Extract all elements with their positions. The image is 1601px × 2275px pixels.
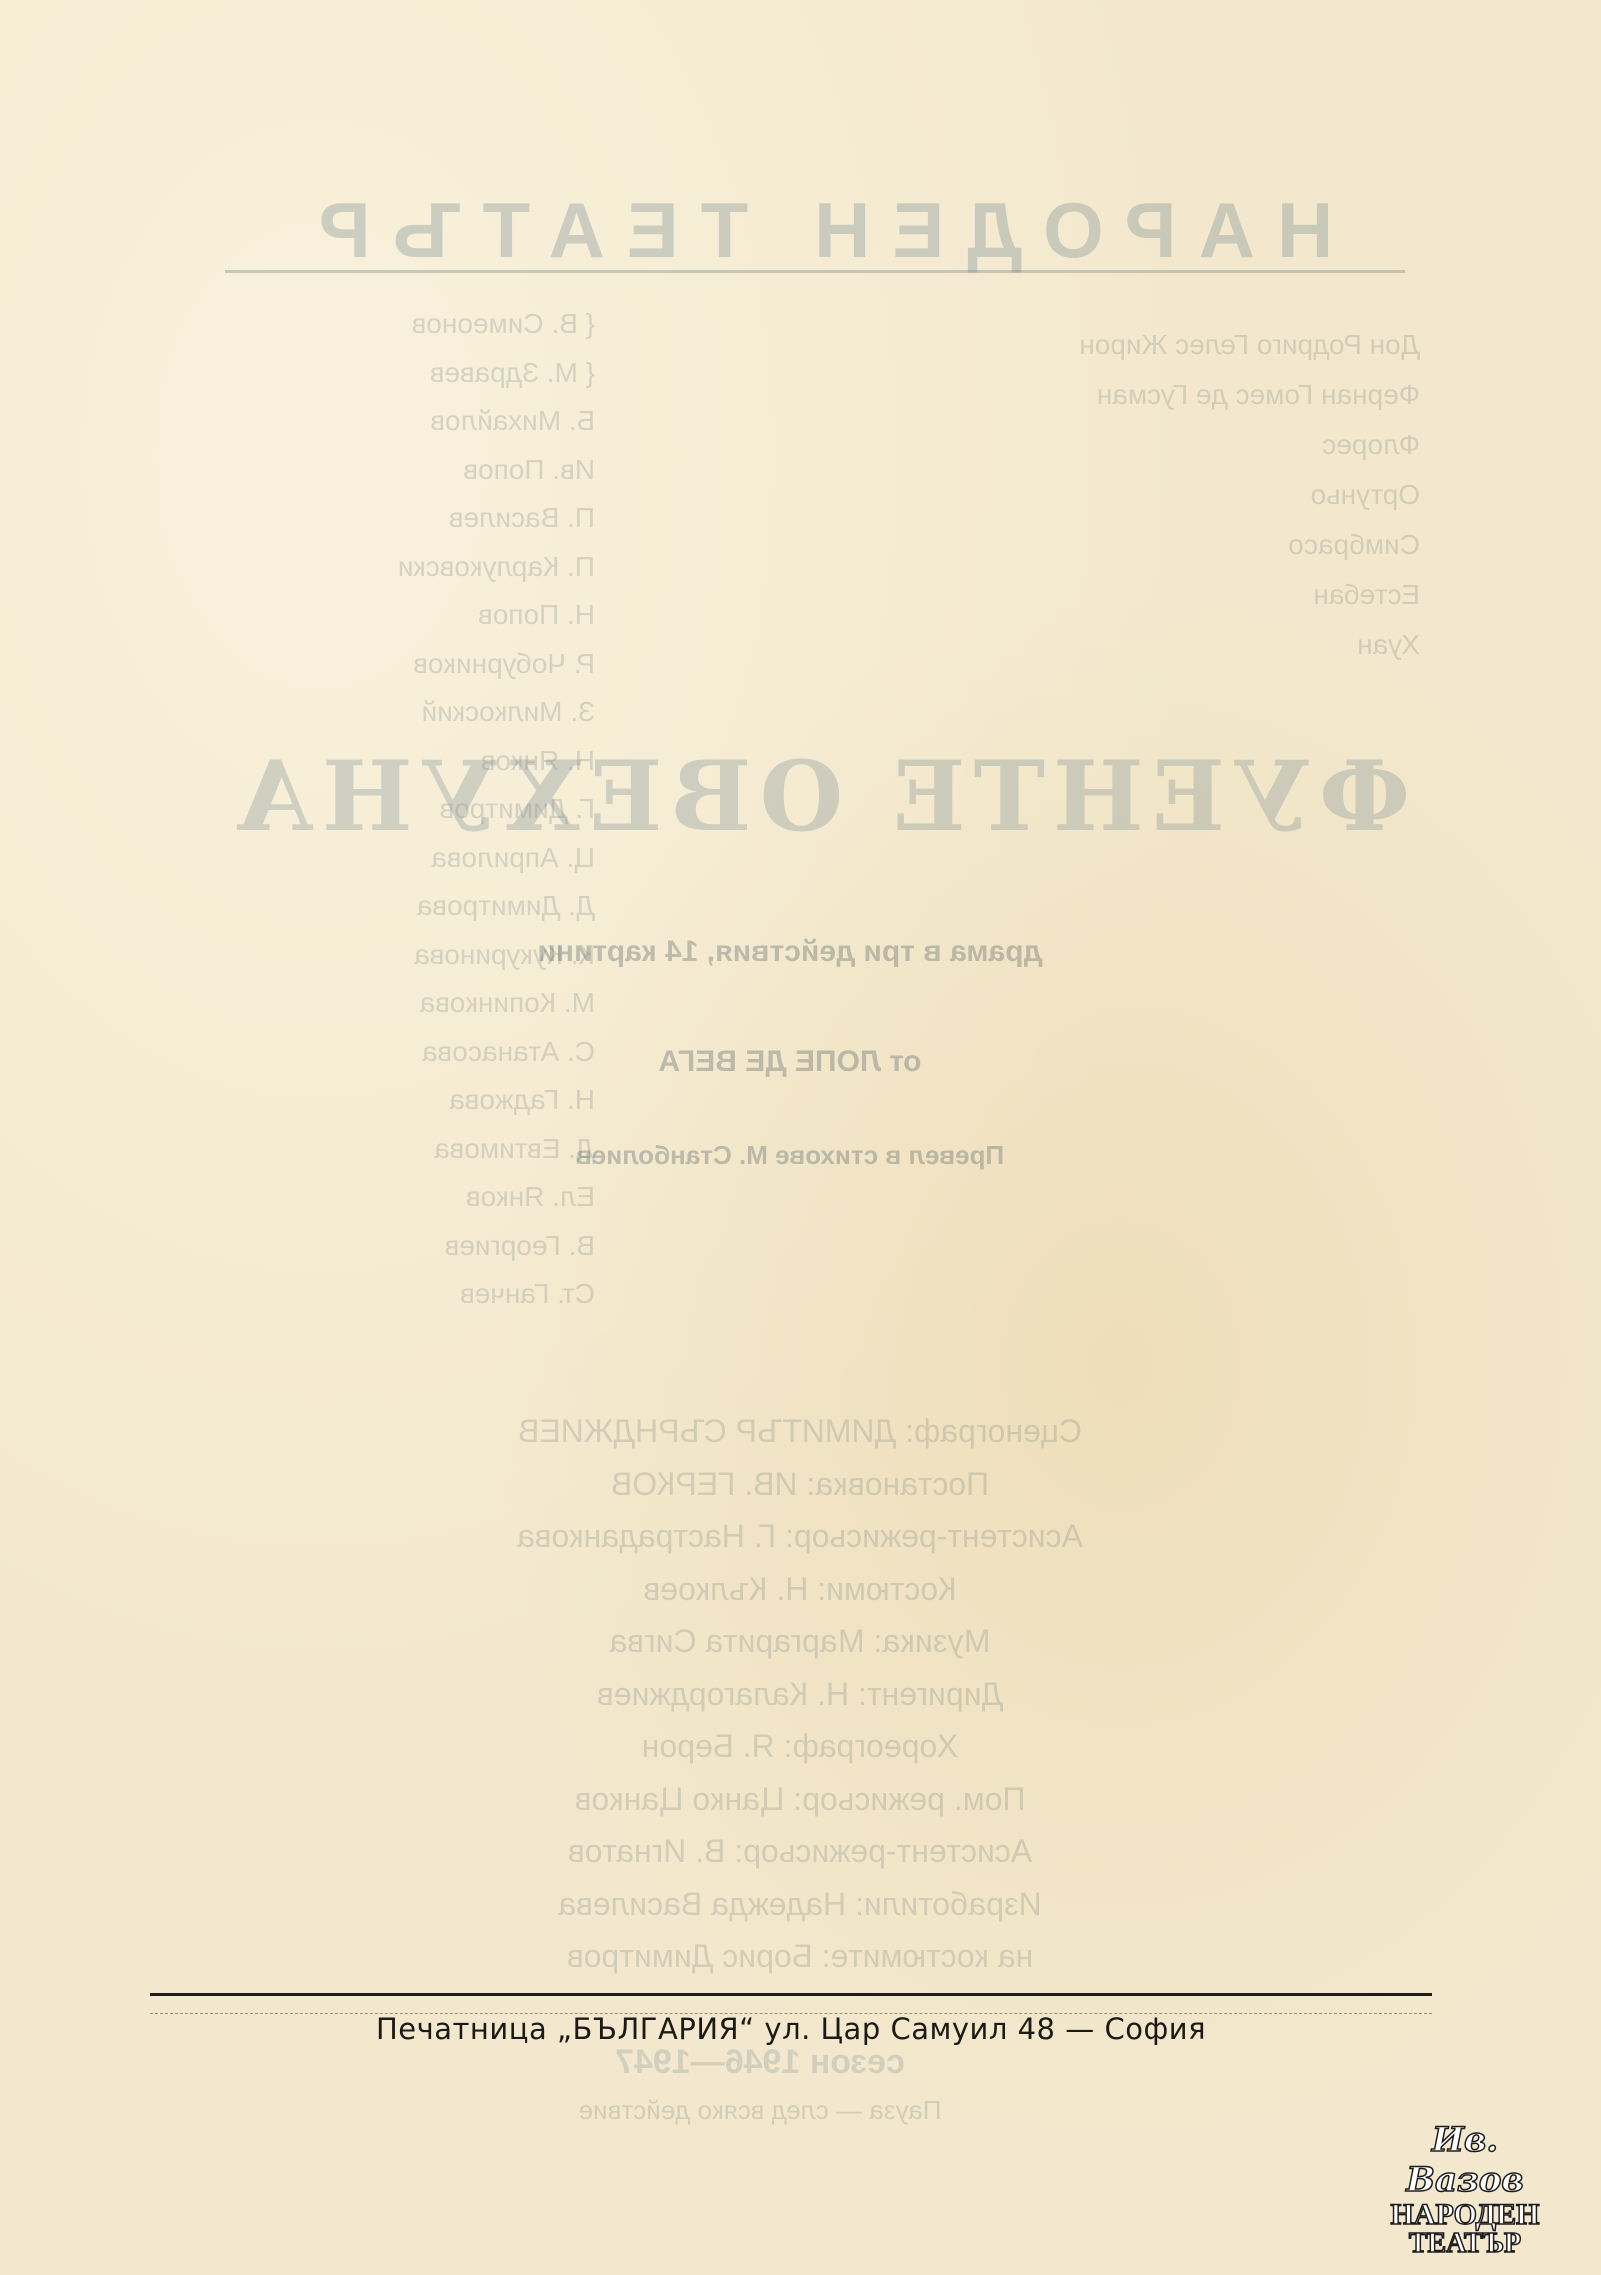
bleed-header-rule bbox=[225, 270, 1405, 273]
bleed-staff-line: Костюми: Н. Кълкоев bbox=[330, 1563, 1270, 1616]
bleed-role: Флорес bbox=[800, 420, 1420, 470]
bleed-staff-line: Пом. режисьор: Цанко Цанков bbox=[330, 1773, 1270, 1826]
bleed-role: Ортуньо bbox=[800, 470, 1420, 520]
bleed-staff-line: Асистент-режисьор: Г. Настраданкова bbox=[330, 1510, 1270, 1563]
bleed-actor: М. Копинкова bbox=[225, 979, 595, 1028]
bleed-actor: { М. Здравев bbox=[225, 349, 595, 398]
bleed-staff-list: Сценограф: ДИМИТЪР СЪРНДЖИЕВПостановка: … bbox=[330, 1405, 1270, 1983]
printer-imprint: Печатница „БЪЛГАРИЯ“ ул. Цар Самуил 48 —… bbox=[150, 2012, 1432, 2046]
bleed-intermission: Пауза — след всяко действие bbox=[380, 2086, 1140, 2134]
bleed-actor: Ст. Ганчев bbox=[225, 1270, 595, 1319]
bleed-actor: П. Карлуковски bbox=[225, 543, 595, 592]
bleed-roles-list: Дон Родриго Гелес ЖиронФернан Гомес де Г… bbox=[800, 320, 1420, 670]
bleed-actor: Ив. Попов bbox=[225, 446, 595, 495]
bleed-subtitle: драма в три действия, 14 картини bbox=[440, 935, 1140, 969]
bleed-staff-line: Постановка: ИВ. ГЕРКОВ bbox=[330, 1458, 1270, 1511]
bleed-actor: { В. Симеонов bbox=[225, 300, 595, 349]
bleed-role: Естебан bbox=[800, 570, 1420, 620]
bleed-season-block: сезон 1946—1947 Пауза — след всяко дейст… bbox=[380, 2038, 1140, 2134]
bleed-role: Симбрасо bbox=[800, 520, 1420, 570]
logo-line-2: ТЕАТЪР bbox=[1380, 2230, 1550, 2258]
bleed-play-title: ФУЕНТЕ ОВЕХУНА bbox=[250, 740, 1410, 853]
bleed-staff-line: Музика: Маргарита Сигва bbox=[330, 1615, 1270, 1668]
bleed-translation: Превел в стихове М. Станболиев bbox=[440, 1140, 1140, 1171]
bleed-author: от ЛОПЕ ДЕ ВЕГА bbox=[440, 1045, 1140, 1079]
national-theatre-logo: Ив. Вазов НАРОДЕН ТЕАТЪР bbox=[1380, 2120, 1550, 2258]
bleed-actor: Н. Попов bbox=[225, 591, 595, 640]
bleed-actor: Д. Димитрова bbox=[225, 882, 595, 931]
bleed-role: Дон Родриго Гелес Жирон bbox=[800, 320, 1420, 370]
bleed-actor: П. Василев bbox=[225, 494, 595, 543]
bleed-actor: Н. Гаджова bbox=[225, 1076, 595, 1125]
bleed-actor: Р. Чобурников bbox=[225, 640, 595, 689]
bleed-staff-line: на костюмите: Борис Димитров bbox=[330, 1930, 1270, 1983]
logo-line-1: НАРОДЕН bbox=[1380, 2200, 1550, 2230]
bleed-staff-line: Хореограф: Я. Берон bbox=[330, 1720, 1270, 1773]
bleed-actor: Ел. Янков bbox=[225, 1173, 595, 1222]
footer-rule bbox=[150, 1993, 1432, 1996]
bleed-role: Фернан Гомес де Гусман bbox=[800, 370, 1420, 420]
logo-signature: Ив. Вазов bbox=[1380, 2120, 1550, 2200]
bleed-actor: З. Милкоский bbox=[225, 688, 595, 737]
bleed-role: Хуан bbox=[800, 620, 1420, 670]
bleed-header: НАРОДЕН ТЕАТЪР bbox=[225, 185, 1405, 276]
bleed-staff-line: Сценограф: ДИМИТЪР СЪРНДЖИЕВ bbox=[330, 1405, 1270, 1458]
bleed-staff-line: Диригент: Н. Калагорджиев bbox=[330, 1668, 1270, 1721]
bleed-actor: В. Георгиев bbox=[225, 1222, 595, 1271]
bleed-staff-line: Изработили: Надежда Василева bbox=[330, 1878, 1270, 1931]
bleed-staff-line: Асистент-режисьор: В. Игнатов bbox=[330, 1825, 1270, 1878]
bleed-actor: Б. Михайлов bbox=[225, 397, 595, 446]
